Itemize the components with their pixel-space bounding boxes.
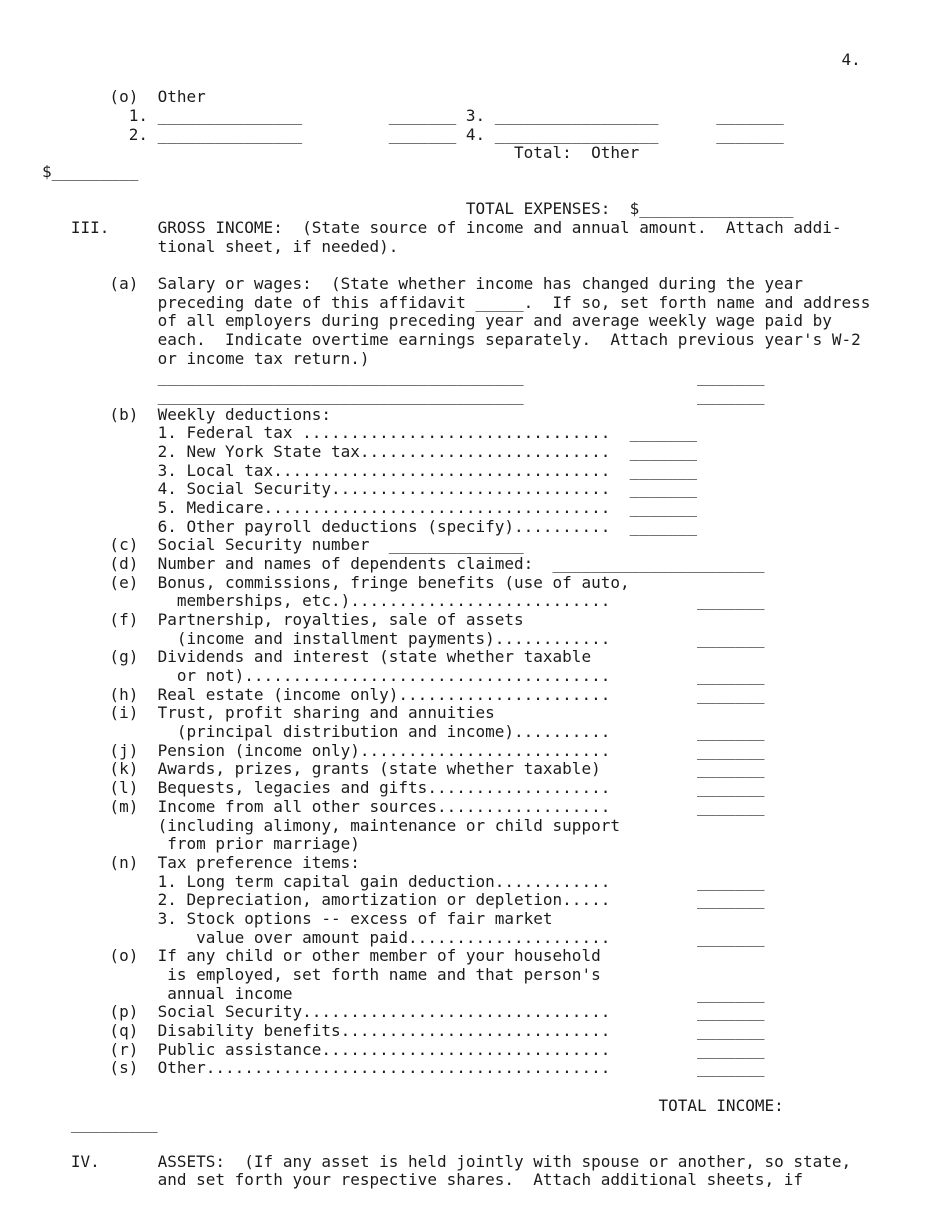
section-ii-other-expenses: (o) Other 1. _______________ _______ 3. …	[42, 88, 950, 181]
income-item-h-real-estate: (h) Real estate (income only)...........…	[42, 686, 950, 705]
income-item-f-partnership-royalties: (f) Partnership, royalties, sale of asse…	[42, 611, 950, 648]
income-item-e-bonus-commissions: (e) Bonus, commissions, fringe benefits …	[42, 574, 950, 611]
income-item-a-salary-or-wages: (a) Salary or wages: (State whether inco…	[42, 275, 950, 406]
document-page: 4. (o) Other 1. _______________ _______ …	[0, 0, 950, 1230]
income-item-p-social-security: (p) Social Security.....................…	[42, 1003, 950, 1022]
total-income-line: TOTAL INCOME:	[42, 1097, 950, 1116]
total-expenses-line: TOTAL EXPENSES: $________________	[42, 200, 950, 219]
section-iii-gross-income-heading: III. GROSS INCOME: (State source of inco…	[42, 219, 950, 256]
income-item-g-dividends-interest: (g) Dividends and interest (state whethe…	[42, 648, 950, 685]
income-item-c-social-security-number: (c) Social Security number _____________…	[42, 536, 950, 555]
total-income-fill-line: _________	[42, 1115, 950, 1134]
income-item-d-dependents-claimed: (d) Number and names of dependents claim…	[42, 555, 950, 574]
income-item-i-trust-profit-sharing: (i) Trust, profit sharing and annuities …	[42, 704, 950, 741]
income-item-n-tax-preference-items: (n) Tax preference items: 1. Long term c…	[42, 854, 950, 947]
income-item-r-public-assistance: (r) Public assistance...................…	[42, 1041, 950, 1060]
income-item-o-household-member-income: (o) If any child or other member of your…	[42, 947, 950, 1003]
section-iv-assets-heading: IV. ASSETS: (If any asset is held jointl…	[42, 1153, 950, 1190]
income-item-j-pension: (j) Pension (income only)...............…	[42, 742, 950, 761]
income-item-k-awards-prizes-grants: (k) Awards, prizes, grants (state whethe…	[42, 760, 950, 779]
page-number: 4.	[42, 51, 950, 70]
income-item-q-disability-benefits: (q) Disability benefits.................…	[42, 1022, 950, 1041]
income-item-b-weekly-deductions: (b) Weekly deductions: 1. Federal tax ..…	[42, 406, 950, 537]
income-item-l-bequests-legacies: (l) Bequests, legacies and gifts........…	[42, 779, 950, 798]
income-item-m-all-other-sources: (m) Income from all other sources.......…	[42, 798, 950, 854]
income-item-s-other: (s) Other...............................…	[42, 1059, 950, 1078]
